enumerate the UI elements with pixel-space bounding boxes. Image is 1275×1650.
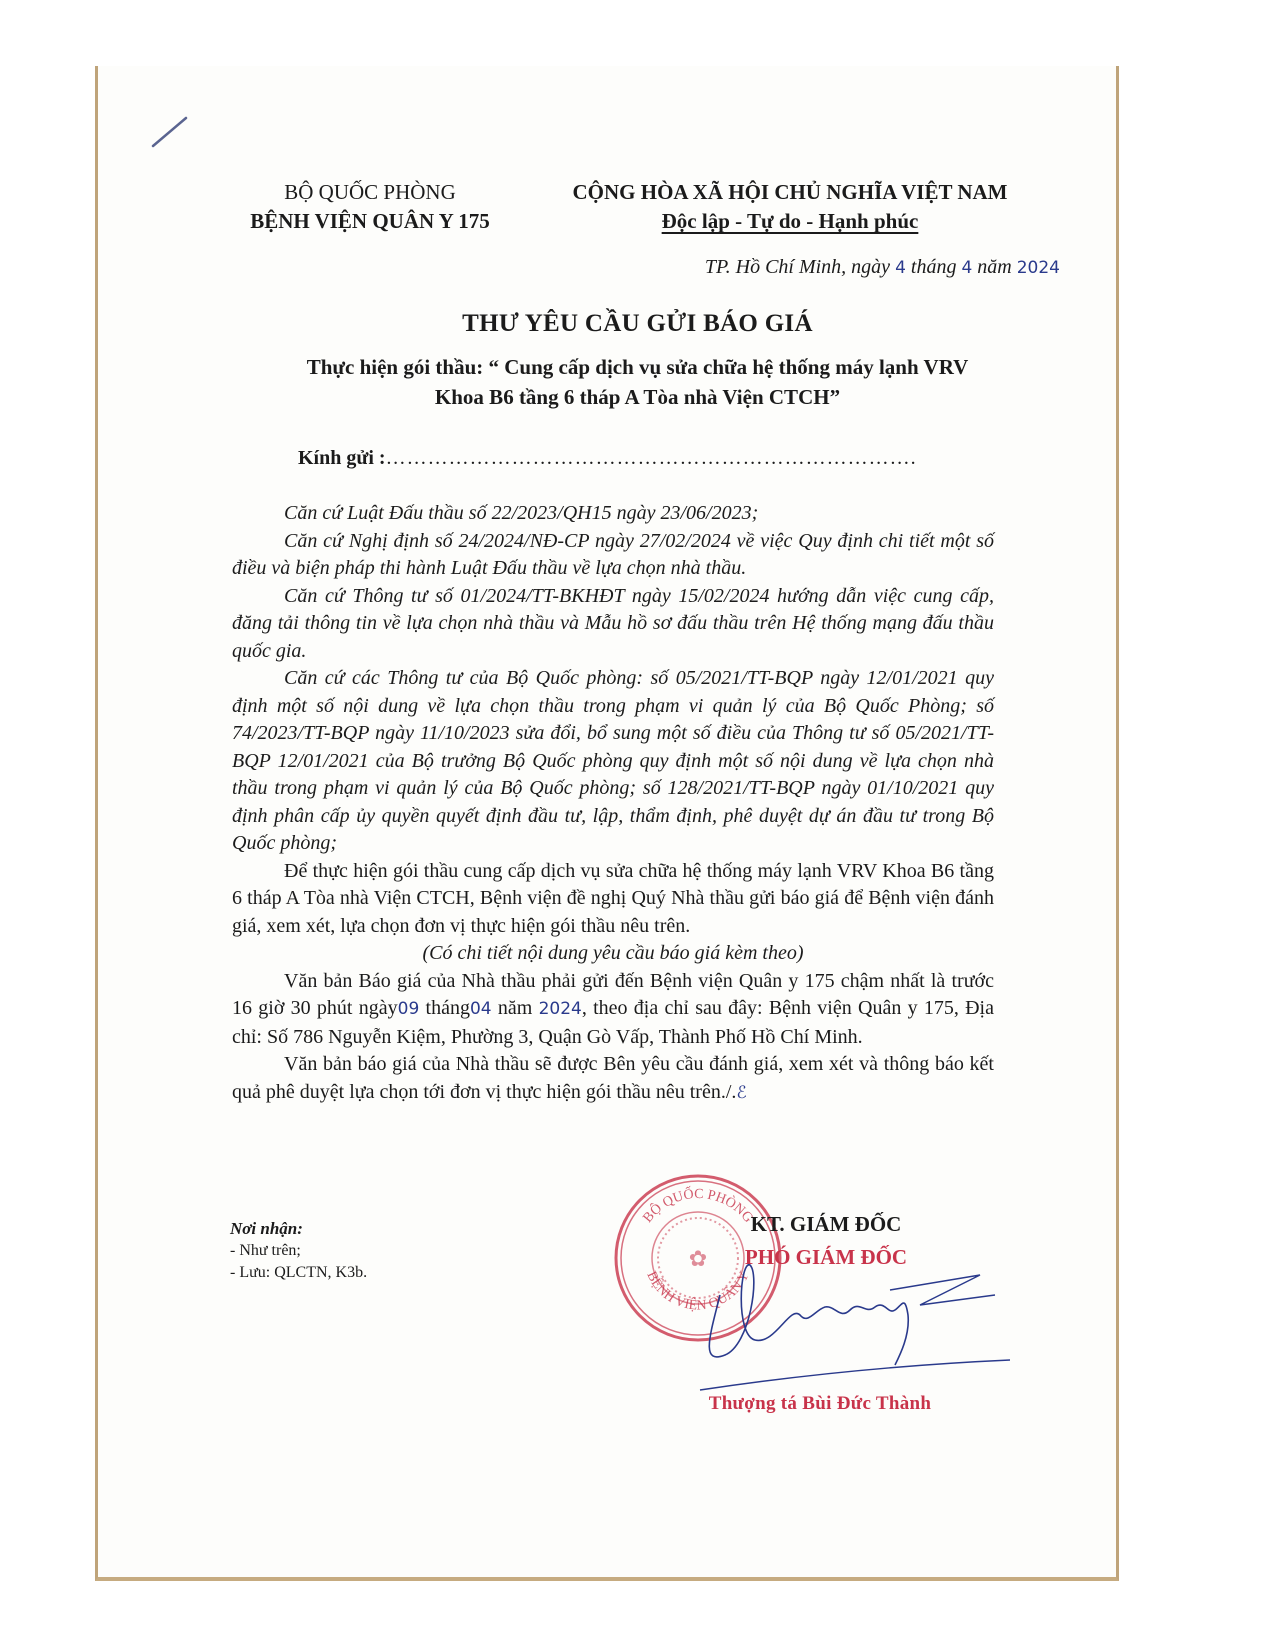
hospital-name: BỆNH VIỆN QUÂN Y 175 (210, 207, 530, 236)
deadline-year: 2024 (539, 999, 582, 1019)
request-paragraph: Để thực hiện gói thầu cung cấp dịch vụ s… (232, 858, 994, 941)
pen-mark-icon (150, 115, 190, 149)
ministry-name: BỘ QUỐC PHÒNG (210, 178, 530, 207)
deadline-day: 09 (398, 999, 420, 1019)
issue-date: TP. Hồ Chí Minh, ngày 4 tháng 4 năm 2024 (560, 256, 1060, 279)
letter-body: Căn cứ Luật Đấu thầu số 22/2023/QH15 ngà… (232, 500, 994, 1107)
date-month: 4 (961, 258, 972, 278)
closing-paragraph: Văn bản báo giá của Nhà thầu sẽ được Bên… (232, 1051, 994, 1107)
date-year-label: năm (977, 256, 1011, 278)
subtitle-line-1: Thực hiện gói thầu: “ Cung cấp dịch vụ s… (150, 352, 1125, 382)
distribution-list: Nơi nhận: - Như trên; - Lưu: QLCTN, K3b. (230, 1218, 367, 1284)
distribution-item: - Lưu: QLCTN, K3b. (230, 1262, 367, 1284)
recipient-line: Kính gửi :…………………………………………………………………. (298, 447, 917, 470)
legal-basis-3: Căn cứ Thông tư số 01/2024/TT-BKHĐT ngày… (232, 583, 994, 666)
initial-mark: ℰ (736, 1083, 746, 1103)
document-title: THƯ YÊU CẦU GỬI BÁO GIÁ (150, 310, 1125, 338)
date-day: 4 (895, 258, 906, 278)
recipient-label: Kính gửi : (298, 447, 386, 469)
deadline-month: 04 (470, 999, 492, 1019)
distribution-item: - Như trên; (230, 1240, 367, 1262)
distribution-label: Nơi nhận: (230, 1218, 367, 1240)
date-month-label: tháng (911, 256, 957, 278)
legal-basis-1: Căn cứ Luật Đấu thầu số 22/2023/QH15 ngà… (232, 500, 994, 528)
date-prefix: TP. Hồ Chí Minh, ngày (705, 256, 890, 278)
deadline-paragraph: Văn bản Báo giá của Nhà thầu phải gửi đế… (232, 968, 994, 1052)
issuer-block: BỘ QUỐC PHÒNG BỆNH VIỆN QUÂN Y 175 (210, 178, 530, 236)
handwritten-signature-icon (680, 1215, 1010, 1395)
document-subtitle: Thực hiện gói thầu: “ Cung cấp dịch vụ s… (150, 352, 1125, 412)
subtitle-line-2: Khoa B6 tầng 6 tháp A Tòa nhà Viện CTCH” (150, 382, 1125, 412)
nation-name: CỘNG HÒA XÃ HỘI CHỦ NGHĨA VIỆT NAM (520, 178, 1060, 207)
signatory-name: Thượng tá Bùi Đức Thành (660, 1393, 980, 1415)
national-motto: Độc lập - Tự do - Hạnh phúc (520, 207, 1060, 236)
recipient-blank: …………………………………………………………………. (386, 447, 917, 469)
attachment-note: (Có chi tiết nội dung yêu cầu báo giá kè… (232, 940, 994, 968)
legal-basis-2: Căn cứ Nghị định số 24/2024/NĐ-CP ngày 2… (232, 528, 994, 583)
national-heading: CỘNG HÒA XÃ HỘI CHỦ NGHĨA VIỆT NAM Độc l… (520, 178, 1060, 236)
date-year: 2024 (1017, 258, 1060, 278)
legal-basis-4: Căn cứ các Thông tư của Bộ Quốc phòng: s… (232, 665, 994, 858)
